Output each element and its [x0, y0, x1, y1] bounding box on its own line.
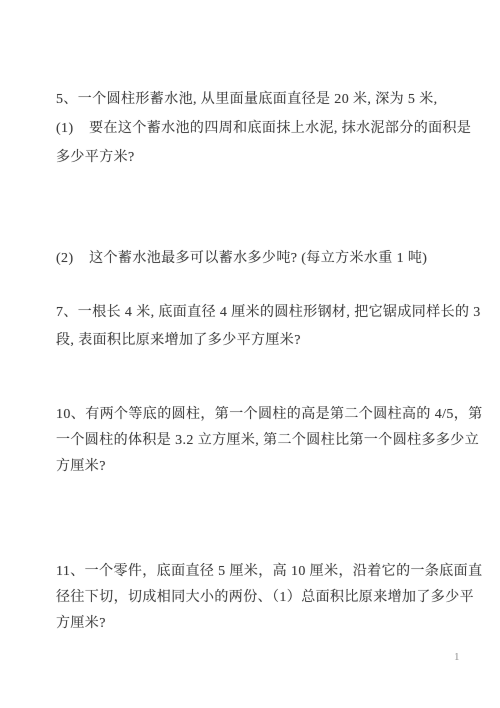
problem-5-line-2: (1) 要在这个蓄水池的四周和底面抹上水泥, 抹水泥部分的面积是 [56, 114, 476, 143]
document-page: 5、一个圆柱形蓄水池, 从里面量底面直径是 20 米, 深为 5 米, (1) … [0, 0, 500, 708]
problem-5: 5、一个圆柱形蓄水池, 从里面量底面直径是 20 米, 深为 5 米, (1) … [56, 85, 476, 172]
problem-5-line-1: 5、一个圆柱形蓄水池, 从里面量底面直径是 20 米, 深为 5 米, [56, 85, 476, 114]
problem-11: 11、一个零件，底面直径 5 厘米，高 10 厘米，沿着它的一条底面直 径往下切… [56, 559, 476, 637]
problem-5-part-2-line-1: (2) 这个蓄水池最多可以蓄水多少吨? (每立方米水重 1 吨) [56, 245, 476, 273]
problem-7-line-1: 7、一根长 4 米, 底面直径 4 厘米的圆柱形钢材, 把它锯成同样长的 3 [56, 299, 476, 327]
page-number: 1 [454, 650, 460, 664]
problem-5-part-2: (2) 这个蓄水池最多可以蓄水多少吨? (每立方米水重 1 吨) [56, 245, 476, 273]
problem-10-line-1: 10、有两个等底的圆柱，第一个圆柱的高是第二个圆柱高的 4/5，第 [56, 402, 476, 428]
problem-7: 7、一根长 4 米, 底面直径 4 厘米的圆柱形钢材, 把它锯成同样长的 3 段… [56, 299, 476, 355]
problem-11-line-1: 11、一个零件，底面直径 5 厘米，高 10 厘米，沿着它的一条底面直 [56, 559, 476, 585]
problem-11-line-2: 径往下切，切成相同大小的两份、（1）总面积比原来增加了多少平 [56, 585, 476, 611]
problem-7-line-2: 段, 表面积比原来增加了多少平方厘米? [56, 327, 476, 355]
problem-10-line-3: 方厘米? [56, 454, 476, 480]
problem-10-line-2: 一个圆柱的体积是 3.2 立方厘米, 第二个圆柱比第一个圆柱多多少立 [56, 428, 476, 454]
problem-5-line-3: 多少平方米? [56, 143, 476, 172]
problem-10: 10、有两个等底的圆柱，第一个圆柱的高是第二个圆柱高的 4/5，第 一个圆柱的体… [56, 402, 476, 480]
problem-11-line-3: 方厘米? [56, 611, 476, 637]
